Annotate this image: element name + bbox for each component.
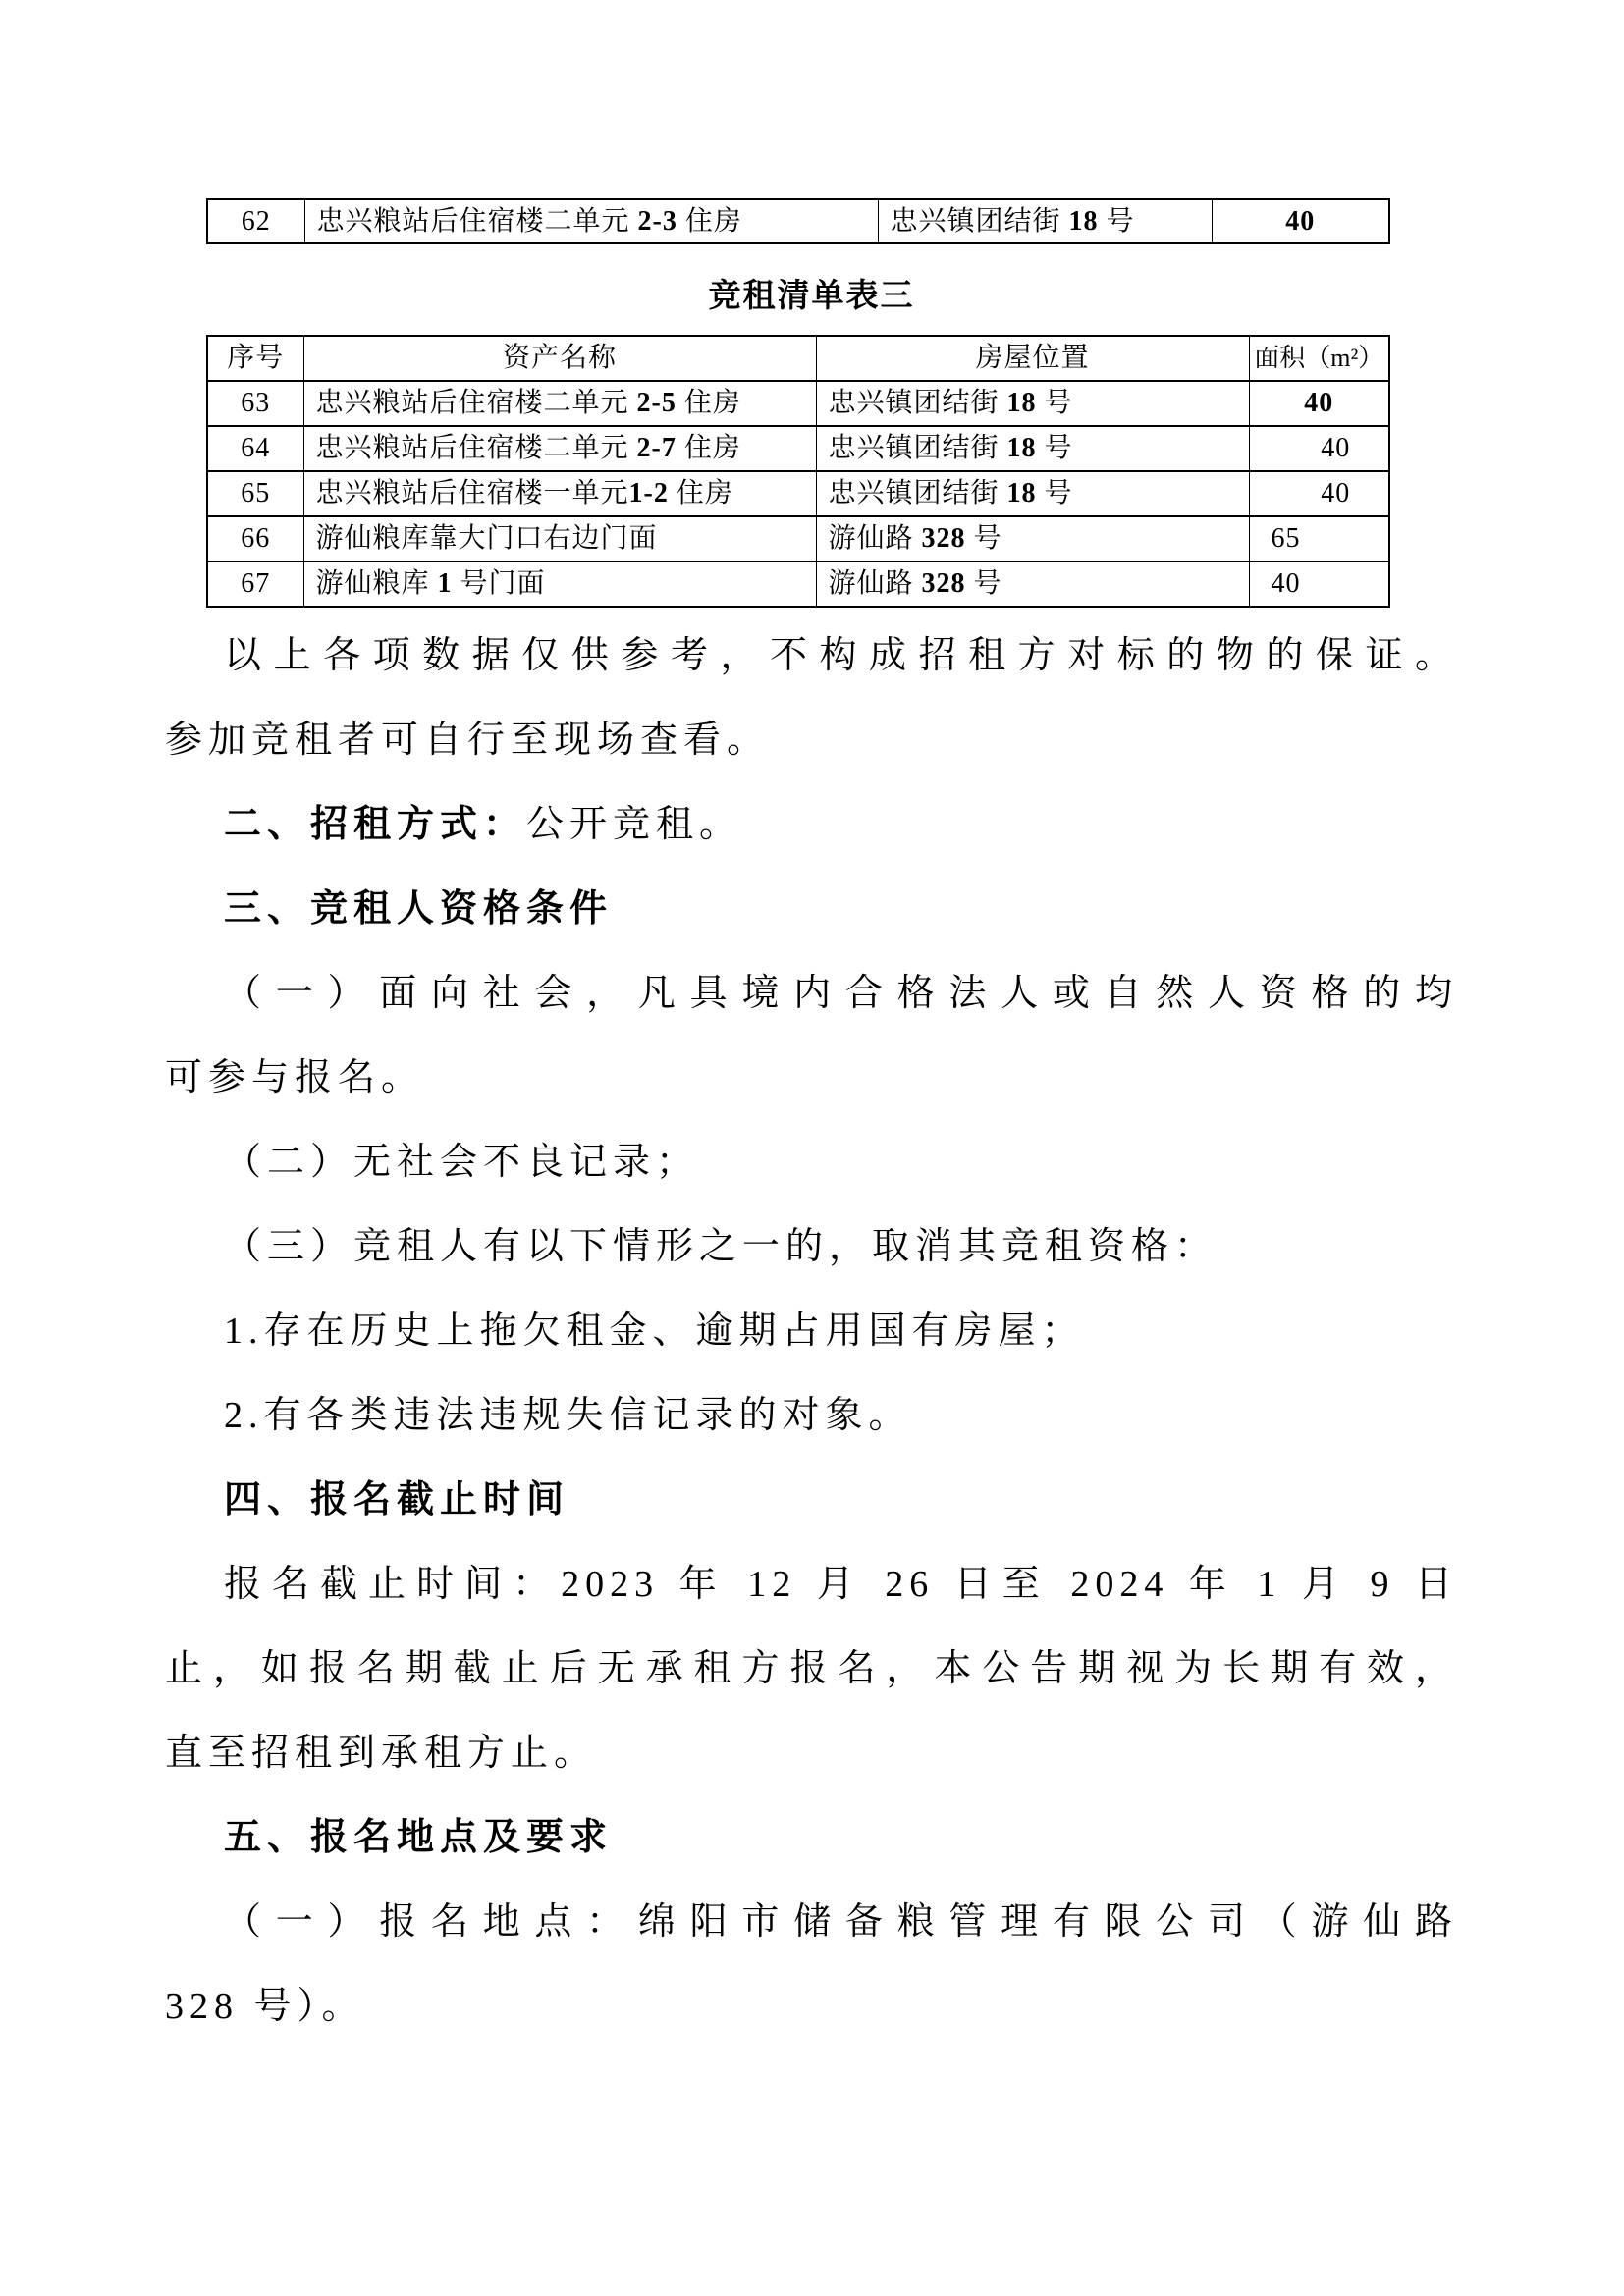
asset-name-cell: 忠兴粮站后住宿楼一单元1-2 住房 <box>303 471 816 516</box>
body-line: 以上各项数据仅供参考，不构成招租方对标的物的保证。 <box>165 614 1458 698</box>
bold-text-segment: 18 <box>1007 433 1037 463</box>
text-segment: 号 <box>966 568 1002 599</box>
text-segment: 忠兴粮站后住宿楼一单元 <box>316 478 629 508</box>
body-line: 2.有各类违法违规失信记录的对象。 <box>165 1373 1458 1458</box>
body-line: 三、竞租人资格条件 <box>165 867 1458 951</box>
text-segment: 可参与报名。 <box>165 1057 424 1098</box>
asset-name-cell: 游仙粮库 1 号门面 <box>303 561 816 607</box>
text-segment: 忠兴镇团结街 <box>891 206 1069 237</box>
area-cell: 40 <box>1249 426 1389 471</box>
text-segment: 游仙路 <box>829 523 922 554</box>
body-line: （一）报名地点：绵阳市储备粮管理有限公司（游仙路 <box>165 1880 1458 1964</box>
bold-text-segment: 18 <box>1007 388 1037 418</box>
text-segment: 直至招租到承租方止。 <box>165 1733 597 1774</box>
asset-name-cell: 忠兴粮站后住宿楼二单元 2-7 住房 <box>303 426 816 471</box>
column-header: 序号 <box>207 336 303 381</box>
text-segment: 号 <box>1037 388 1073 418</box>
text-segment: 游仙粮库靠大门口右边门面 <box>316 523 658 554</box>
asset-name-cell: 忠兴粮站后住宿楼二单元 2-5 住房 <box>303 381 816 426</box>
serial-cell: 65 <box>207 471 303 516</box>
text-segment: 报名截止时间：2023 年 12 月 26 日至 2024 年 1 月 9 日 <box>224 1564 1458 1605</box>
text-segment: 40 <box>1272 568 1301 599</box>
body-line: 参加竞租者可自行至现场查看。 <box>165 698 1458 782</box>
text-segment: 328 号）。 <box>165 1986 365 2027</box>
body-line: （二）无社会不良记录； <box>165 1120 1458 1204</box>
body-text: 以上各项数据仅供参考，不构成招租方对标的物的保证。参加竞租者可自行至现场查看。二… <box>165 614 1458 2049</box>
body-line: 五、报名地点及要求 <box>165 1795 1458 1880</box>
area-cell: 40 <box>1249 471 1389 516</box>
table-row: 67游仙粮库 1 号门面游仙路 328 号40 <box>207 561 1389 607</box>
location-cell: 忠兴镇团结街 18 号 <box>816 471 1249 516</box>
text-segment: 忠兴粮站后住宿楼二单元 <box>316 388 637 418</box>
table-row: 63忠兴粮站后住宿楼二单元 2-5 住房忠兴镇团结街 18 号40 <box>207 381 1389 426</box>
bold-text-segment: 328 <box>922 523 966 554</box>
text-segment: 2.有各类违法违规失信记录的对象。 <box>224 1395 912 1436</box>
text-segment: 号门面 <box>453 568 546 599</box>
text-segment: 参加竞租者可自行至现场查看。 <box>165 720 770 761</box>
area-cell: 40 <box>1249 381 1389 426</box>
bold-text-segment: 1-2 <box>629 478 669 508</box>
text-segment: 忠兴粮站后住宿楼二单元 <box>317 206 638 237</box>
body-line: 可参与报名。 <box>165 1036 1458 1120</box>
bold-text-segment: 1 <box>438 568 453 599</box>
serial-cell: 62 <box>207 199 304 243</box>
body-line: （一）面向社会，凡具境内合格法人或自然人资格的均 <box>165 951 1458 1036</box>
column-header: 面积（m²） <box>1249 336 1389 381</box>
bold-text-segment: 18 <box>1007 478 1037 508</box>
text-segment: 住房 <box>669 478 733 508</box>
text-segment: （二）无社会不良记录； <box>224 1142 699 1183</box>
text-segment: 1.存在历史上拖欠租金、逾期占用国有房屋； <box>224 1310 1085 1352</box>
text-segment: 40 <box>1321 478 1350 508</box>
body-line: 直至招租到承租方止。 <box>165 1711 1458 1795</box>
serial-cell: 63 <box>207 381 303 426</box>
text-segment: 忠兴粮站后住宿楼二单元 <box>316 433 637 463</box>
text-segment: 号 <box>1099 206 1135 237</box>
header-row: 序号资产名称房屋位置面积（m²） <box>207 336 1389 381</box>
location-cell: 忠兴镇团结街 18 号 <box>816 426 1249 471</box>
serial-cell: 64 <box>207 426 303 471</box>
area-cell: 40 <box>1249 561 1389 607</box>
table-row: 62忠兴粮站后住宿楼二单元 2-3 住房忠兴镇团结街 18 号40 <box>207 199 1389 243</box>
text-segment: 号 <box>1037 478 1073 508</box>
location-cell: 游仙路 328 号 <box>816 561 1249 607</box>
location-cell: 忠兴镇团结街 18 号 <box>816 381 1249 426</box>
text-segment: 公开竞租。 <box>526 804 742 845</box>
text-segment: 以上各项数据仅供参考，不构成招租方对标的物的保证。 <box>224 635 1458 676</box>
document-page: 62忠兴粮站后住宿楼二单元 2-3 住房忠兴镇团结街 18 号40 竞租清单表三… <box>0 0 1624 2296</box>
list-table-three: 序号资产名称房屋位置面积（m²） 63忠兴粮站后住宿楼二单元 2-5 住房忠兴镇… <box>206 335 1390 608</box>
body-line: 止，如报名期截止后无承租方报名，本公告期视为长期有效， <box>165 1627 1458 1711</box>
location-cell: 游仙路 328 号 <box>816 516 1249 561</box>
body-line: 四、报名截止时间 <box>165 1458 1458 1542</box>
bold-text-segment: 四、报名截止时间 <box>224 1479 569 1521</box>
area-cell: 40 <box>1212 199 1389 243</box>
text-segment: 游仙路 <box>829 568 922 599</box>
text-segment: 65 <box>1272 523 1301 554</box>
body-line: 二、招租方式：公开竞租。 <box>165 782 1458 867</box>
asset-name-cell: 忠兴粮站后住宿楼二单元 2-3 住房 <box>304 199 878 243</box>
area-cell: 65 <box>1249 516 1389 561</box>
table-row: 66游仙粮库靠大门口右边门面游仙路 328 号65 <box>207 516 1389 561</box>
text-segment: （一）面向社会，凡具境内合格法人或自然人资格的均 <box>224 973 1458 1014</box>
bold-text-segment: 二、招租方式： <box>224 804 526 845</box>
serial-cell: 66 <box>207 516 303 561</box>
body-line: 1.存在历史上拖欠租金、逾期占用国有房屋； <box>165 1289 1458 1373</box>
text-segment: 40 <box>1321 433 1350 463</box>
body-line: 328 号）。 <box>165 1964 1458 2049</box>
bold-text-segment: 2-5 <box>637 388 677 418</box>
text-segment: 号 <box>966 523 1002 554</box>
table-row: 64忠兴粮站后住宿楼二单元 2-7 住房忠兴镇团结街 18 号40 <box>207 426 1389 471</box>
text-segment: （一）报名地点：绵阳市储备粮管理有限公司（游仙路 <box>224 1901 1458 1943</box>
bold-text-segment: 328 <box>922 568 966 599</box>
text-segment: 住房 <box>677 206 742 237</box>
bold-text-segment: 2-3 <box>638 206 677 237</box>
text-segment: 住房 <box>677 433 741 463</box>
column-header: 房屋位置 <box>816 336 1249 381</box>
bold-text-segment: 2-7 <box>637 433 677 463</box>
text-segment: 住房 <box>677 388 741 418</box>
body-line: 报名截止时间：2023 年 12 月 26 日至 2024 年 1 月 9 日 <box>165 1542 1458 1627</box>
bold-text-segment: 40 <box>1304 388 1333 418</box>
serial-cell: 67 <box>207 561 303 607</box>
table-row: 65忠兴粮站后住宿楼一单元1-2 住房忠兴镇团结街 18 号40 <box>207 471 1389 516</box>
asset-name-cell: 游仙粮库靠大门口右边门面 <box>303 516 816 561</box>
text-segment: 忠兴镇团结街 <box>829 433 1007 463</box>
text-segment: 游仙粮库 <box>316 568 438 599</box>
body-line: （三）竞租人有以下情形之一的，取消其竞租资格： <box>165 1204 1458 1289</box>
bold-text-segment: 40 <box>1285 206 1315 237</box>
text-segment: 止，如报名期截止后无承租方报名，本公告期视为长期有效， <box>165 1648 1458 1689</box>
text-segment: 忠兴镇团结街 <box>829 478 1007 508</box>
column-header: 资产名称 <box>303 336 816 381</box>
text-segment: 忠兴镇团结街 <box>829 388 1007 418</box>
table-three-title: 竞租清单表三 <box>165 270 1458 321</box>
bold-text-segment: 三、竞租人资格条件 <box>224 888 613 930</box>
bold-text-segment: 五、报名地点及要求 <box>224 1817 613 1858</box>
text-segment: （三）竞租人有以下情形之一的，取消其竞租资格： <box>224 1226 1218 1267</box>
text-segment: 号 <box>1037 433 1073 463</box>
continuation-table: 62忠兴粮站后住宿楼二单元 2-3 住房忠兴镇团结街 18 号40 <box>206 198 1390 244</box>
location-cell: 忠兴镇团结街 18 号 <box>878 199 1212 243</box>
bold-text-segment: 18 <box>1069 206 1099 237</box>
